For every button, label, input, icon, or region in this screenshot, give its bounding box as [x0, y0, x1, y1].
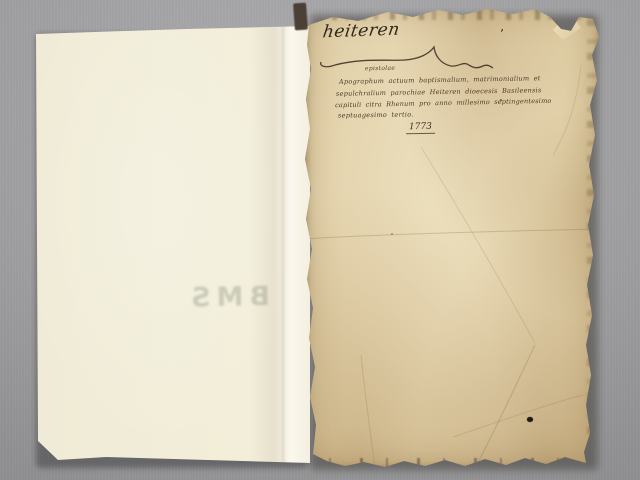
flourish-swash-icon [317, 45, 502, 75]
page-title-handwriting: heiteren [321, 20, 401, 43]
manuscript-title-page: heiteren ’ epistolae Apographum actuum b… [303, 5, 599, 468]
body-line-4: septuagesimo tertio. [338, 110, 414, 119]
binding-tab [293, 3, 308, 31]
subheading-handwriting: epistolae [365, 65, 395, 73]
ink-apostrophe-mark: ’ [500, 27, 504, 41]
ink-speck [500, 99, 502, 101]
paper-speck [391, 233, 393, 235]
year-handwriting: 1773 [406, 122, 435, 135]
scanner-background: BMS heiteren ’ epistolae Apographum actu… [0, 0, 640, 480]
left-blank-page: BMS [36, 26, 310, 463]
bms-stamp-showthrough: BMS [160, 281, 271, 314]
ink-blot [527, 417, 533, 422]
